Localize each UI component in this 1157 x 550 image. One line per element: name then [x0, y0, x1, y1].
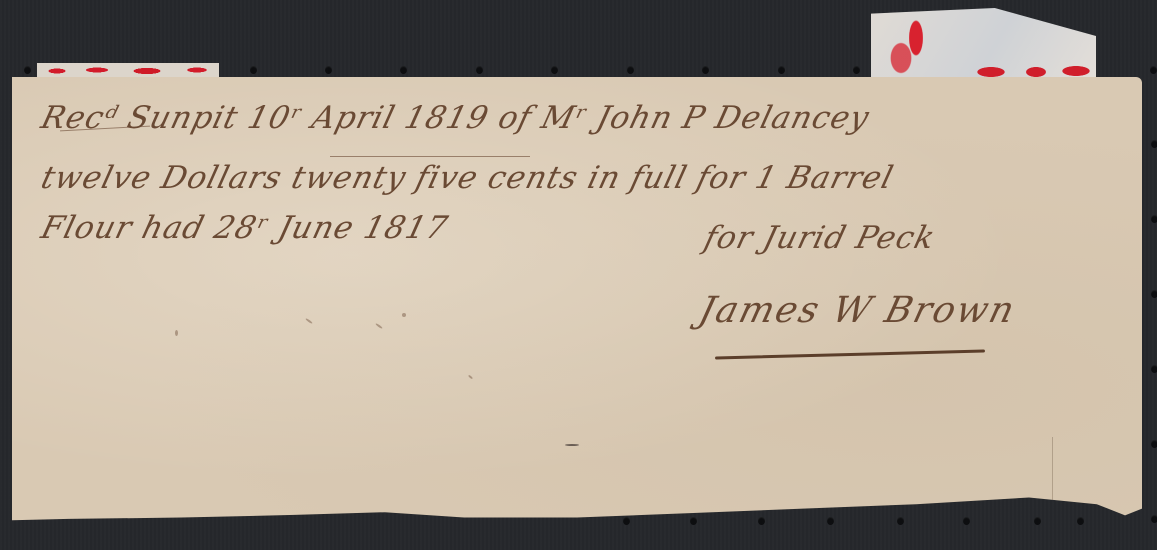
hole	[853, 66, 860, 74]
hole	[1151, 140, 1157, 148]
hole	[1150, 66, 1157, 74]
hole	[1151, 215, 1157, 223]
hole	[623, 517, 630, 525]
hole	[1151, 290, 1157, 298]
hole	[758, 517, 765, 525]
ink-mark	[565, 444, 579, 446]
hole	[325, 66, 332, 74]
hole	[897, 517, 904, 525]
hole	[627, 66, 634, 74]
hole	[250, 66, 257, 74]
receipt-line-3: Flour had 28ʳ June 1817	[38, 210, 452, 246]
hole	[827, 517, 834, 525]
red-tape-remnant-left	[37, 63, 219, 77]
hole	[551, 66, 558, 74]
strike-through	[330, 156, 530, 157]
hole	[1151, 515, 1157, 523]
receipt-line-1: Recᵈ Sunpit 10ʳ April 1819 of Mʳ John P …	[38, 100, 874, 136]
hole	[24, 66, 31, 74]
hole	[1077, 517, 1084, 525]
hole	[400, 66, 407, 74]
foxing-speck	[402, 313, 406, 317]
receipt-line-2: twelve Dollars twenty five cents in full…	[38, 160, 898, 196]
on-behalf-of: for Jurid Peck	[701, 220, 940, 256]
foxing-speck	[175, 330, 178, 336]
signature: James W Brown	[695, 290, 1020, 331]
hole	[778, 66, 785, 74]
hole	[1034, 517, 1041, 525]
hole	[963, 517, 970, 525]
hole	[1151, 440, 1157, 448]
hole	[476, 66, 483, 74]
hole	[690, 517, 697, 525]
hole	[1151, 365, 1157, 373]
hole	[702, 66, 709, 74]
